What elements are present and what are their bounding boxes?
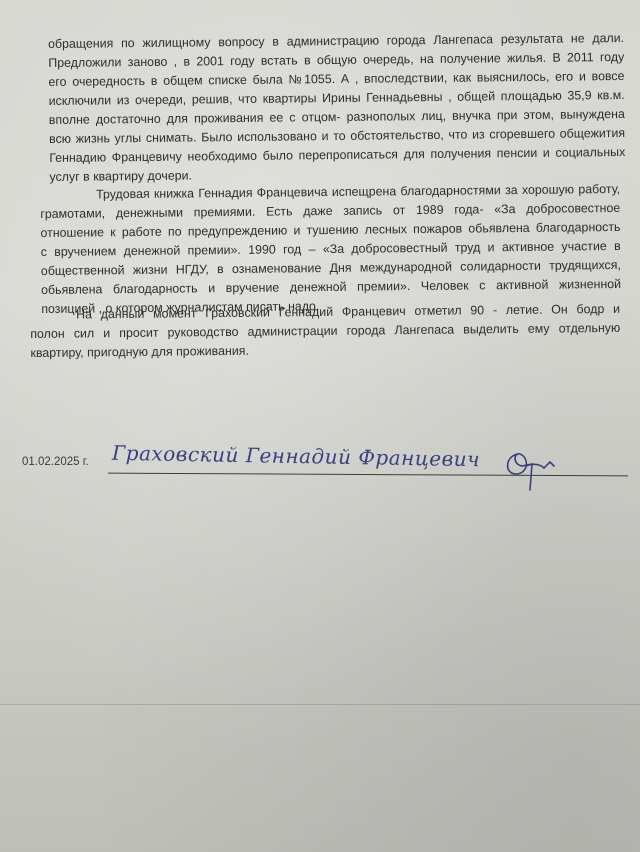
paragraph-work-record: Трудовая книжка Геннадия Францевича испе… [40,180,621,319]
signature-mark-icon [500,444,570,494]
paper-fold [0,704,640,705]
signature-block: 01.02.2025 г. Граховский Геннадий Франце… [22,444,628,484]
paragraph-request: На данный момент Граховский Геннадий Фра… [30,300,621,363]
signature-date: 01.02.2025 г. [22,456,89,468]
paragraph-housing-history: обращения по жилищному вопросу в админис… [48,29,626,187]
handwritten-name: Граховский Геннадий Францевич [112,441,480,471]
